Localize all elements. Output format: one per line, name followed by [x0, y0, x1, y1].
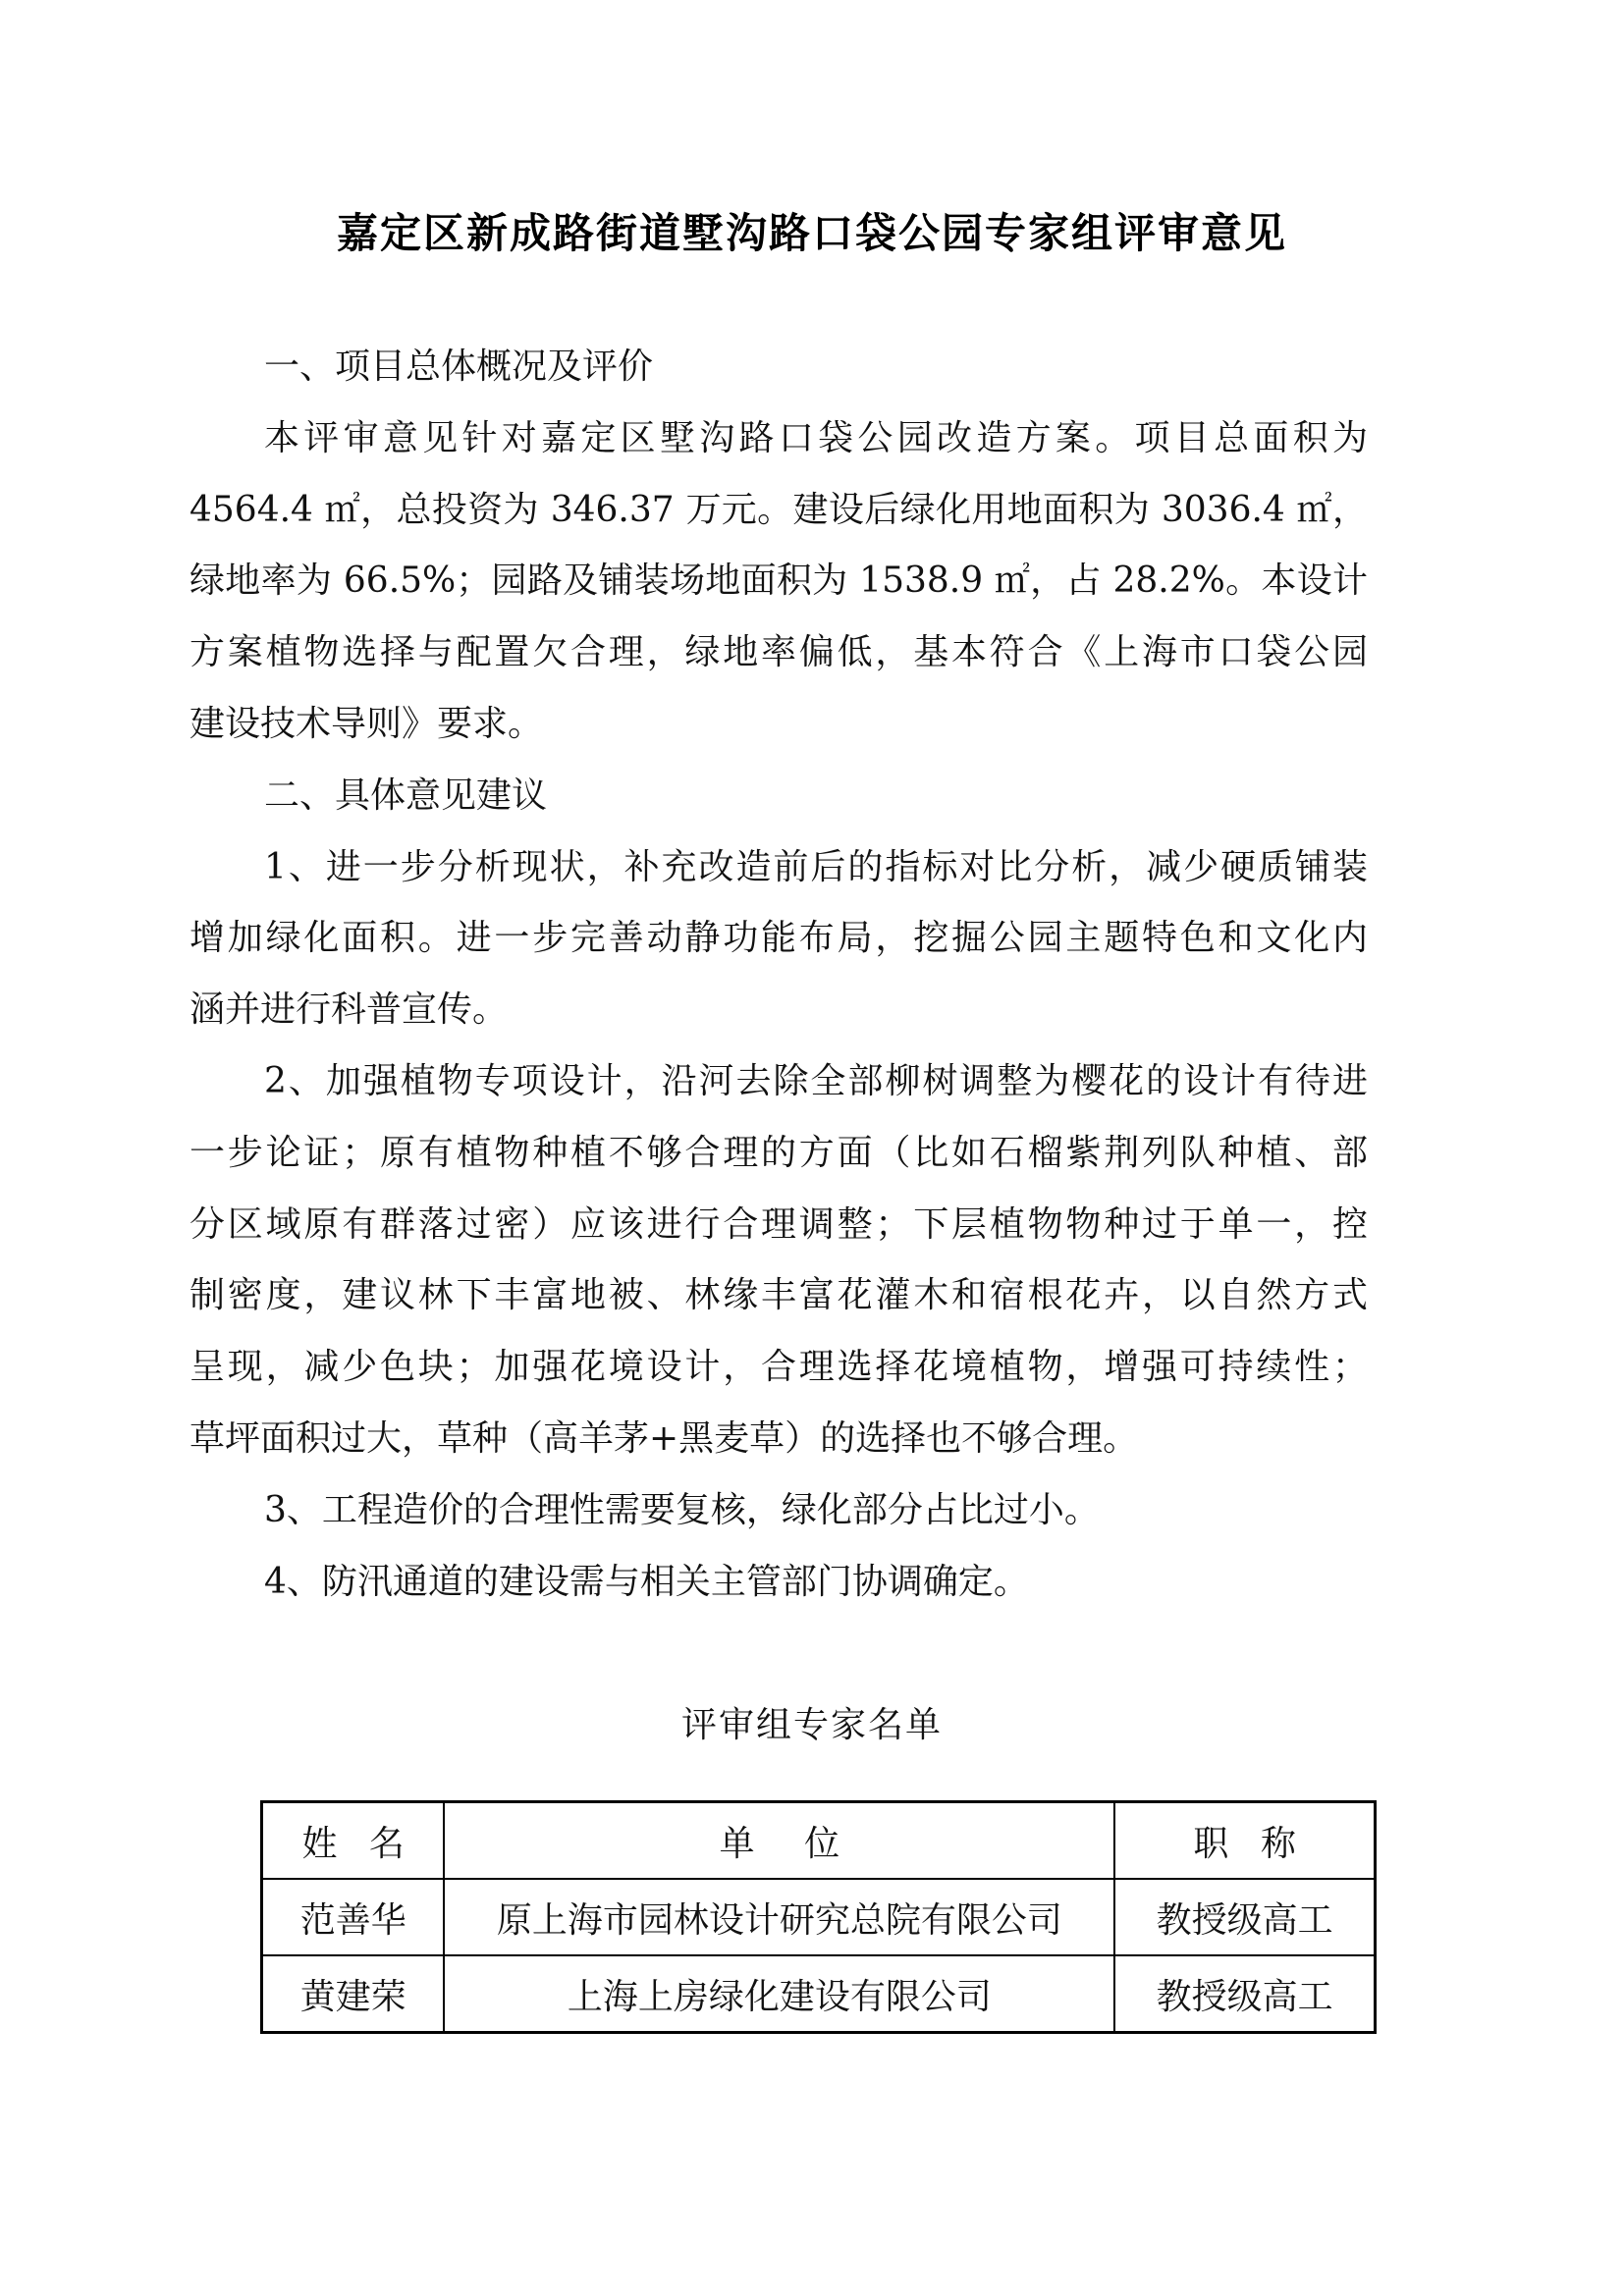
header-title: 职称: [1114, 1802, 1375, 1880]
suggestion-2-line: 2、加强植物专项设计，沿河去除全部柳树调整为樱花的设计有待进: [189, 1046, 1368, 1118]
suggestion-1-line: 增加绿化面积。进一步完善动静功能布局，挖掘公园主题特色和文化内: [189, 903, 1368, 975]
header-unit-label: 单位: [670, 1824, 889, 1864]
paragraph-line: 方案植物选择与配置欠合理，绿地率偏低，基本符合《上海市口袋公园: [189, 617, 1368, 689]
table-header-row: 姓名 单位 职称: [262, 1802, 1376, 1880]
cell-title: 教授级高工: [1114, 1879, 1375, 1955]
header-title-label: 职称: [1162, 1824, 1327, 1864]
document-title: 嘉定区新成路街道墅沟路口袋公园专家组评审意见: [0, 204, 1624, 263]
paragraph-line: 4564.4 ㎡，总投资为 346.37 万元。建设后绿化用地面积为 3036.…: [189, 475, 1368, 547]
paragraph-line: 绿地率为 66.5%；园路及铺装场地面积为 1538.9 ㎡，占 28.2%。本…: [189, 546, 1368, 617]
header-name: 姓名: [262, 1802, 445, 1880]
suggestion-2-line: 草坪面积过大，草种（高羊茅+黑麦草）的选择也不够合理。: [189, 1404, 1368, 1475]
cell-unit: 上海上房绿化建设有限公司: [444, 1955, 1114, 2033]
table-row: 范善华 原上海市园林设计研究总院有限公司 教授级高工: [262, 1879, 1376, 1955]
suggestion-2-line: 一步论证；原有植物种植不够合理的方面（比如石榴紫荆列队种植、部: [189, 1118, 1368, 1190]
section-heading-suggestions: 二、具体意见建议: [189, 761, 1368, 832]
expert-table: 姓名 单位 职称 范善华 原上海市园林设计研究总院有限公司 教授级高工 黄建荣 …: [260, 1800, 1377, 2034]
section-heading-overview: 一、项目总体概况及评价: [189, 332, 1368, 403]
suggestion-1-line: 涵并进行科普宣传。: [189, 975, 1368, 1046]
cell-name: 黄建荣: [262, 1955, 445, 2033]
header-name-label: 姓名: [270, 1824, 436, 1864]
document-body: 一、项目总体概况及评价 本评审意见针对嘉定区墅沟路口袋公园改造方案。项目总面积为…: [189, 332, 1368, 1618]
cell-name: 范善华: [262, 1879, 445, 1955]
paragraph-line: 本评审意见针对嘉定区墅沟路口袋公园改造方案。项目总面积为: [189, 403, 1368, 475]
cell-title: 教授级高工: [1114, 1955, 1375, 2033]
expert-list-title: 评审组专家名单: [0, 1700, 1624, 1751]
suggestion-2-line: 呈现，减少色块；加强花境设计，合理选择花境植物，增强可持续性；: [189, 1332, 1368, 1404]
cell-unit: 原上海市园林设计研究总院有限公司: [444, 1879, 1114, 1955]
header-unit: 单位: [444, 1802, 1114, 1880]
table-row: 黄建荣 上海上房绿化建设有限公司 教授级高工: [262, 1955, 1376, 2033]
paragraph-line: 建设技术导则》要求。: [189, 689, 1368, 761]
suggestion-2-line: 分区域原有群落过密）应该进行合理调整；下层植物物种过于单一，控: [189, 1190, 1368, 1261]
suggestion-2-line: 制密度，建议林下丰富地被、林缘丰富花灌木和宿根花卉，以自然方式: [189, 1260, 1368, 1332]
suggestion-4-line: 4、防汛通道的建设需与相关主管部门协调确定。: [189, 1547, 1368, 1619]
suggestion-1-line: 1、进一步分析现状，补充改造前后的指标对比分析，减少硬质铺装: [189, 832, 1368, 904]
suggestion-3-line: 3、工程造价的合理性需要复核，绿化部分占比过小。: [189, 1475, 1368, 1547]
